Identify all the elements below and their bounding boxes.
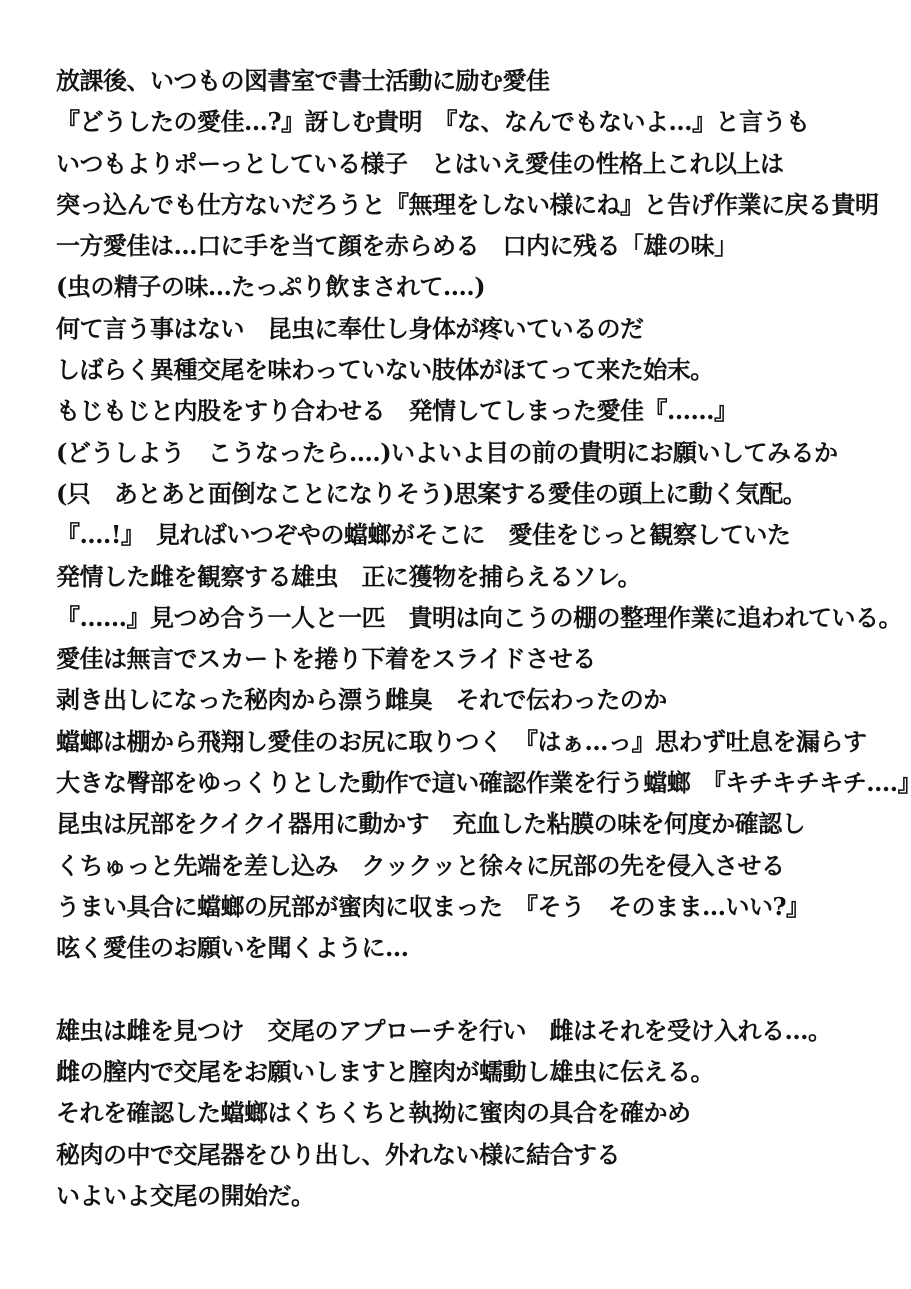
text-line: いつもよりポーっとしている様子 とはいえ愛佳の性格上これ以上は: [56, 143, 907, 184]
text-line: もじもじと内股をすり合わせる 発情してしまった愛佳『……』: [56, 390, 907, 431]
text-line: いよいよ交尾の開始だ。: [56, 1175, 907, 1216]
text-line: 昆虫は尻部をクイクイ器用に動かす 充血した粘膜の味を何度か確認し: [56, 803, 907, 844]
text-line: 呟く愛佳のお願いを聞くように…: [56, 927, 907, 968]
text-line: 何て言う事はない 昆虫に奉仕し身体が疼いているのだ: [56, 308, 907, 349]
text-line: 大きな臀部をゆっくりとした動作で這い確認作業を行う蟷螂 『キチキチキチ‥‥』: [56, 762, 907, 803]
text-line: 雄虫は雌を見つけ 交尾のアプローチを行い 雌はそれを受け入れる…。: [56, 1010, 907, 1051]
text-line: 発情した雌を観察する雄虫 正に獲物を捕らえるソレ。: [56, 556, 907, 597]
document-page: 放課後、いつもの図書室で書士活動に励む愛佳『どうしたの愛佳…?』訝しむ貴明 『な…: [0, 0, 911, 1289]
text-line: うまい具合に蟷螂の尻部が蜜肉に収まった 『そう そのまま…いい?』: [56, 886, 907, 927]
text-line: 雌の膣内で交尾をお願いしますと膣肉が蠕動し雄虫に伝える。: [56, 1051, 907, 1092]
paragraph: 雄虫は雌を見つけ 交尾のアプローチを行い 雌はそれを受け入れる…。雌の膣内で交尾…: [56, 1010, 907, 1216]
text-line: 蟷螂は棚から飛翔し愛佳のお尻に取りつく 『はぁ…っ』思わず吐息を漏らす: [56, 721, 907, 762]
text-line: 放課後、いつもの図書室で書士活動に励む愛佳: [56, 60, 907, 101]
text-line: 一方愛佳は…口に手を当て顔を赤らめる 口内に残る「雄の味」: [56, 225, 907, 266]
text-line: (只 あとあと面倒なことになりそう)思案する愛佳の頭上に動く気配。: [56, 473, 907, 514]
text-line: 『……』見つめ合う一人と一匹 貴明は向こうの棚の整理作業に追われている。: [56, 597, 907, 638]
paragraph: 放課後、いつもの図書室で書士活動に励む愛佳『どうしたの愛佳…?』訝しむ貴明 『な…: [56, 60, 907, 969]
text-line: 剥き出しになった秘肉から漂う雌臭 それで伝わったのか: [56, 679, 907, 720]
text-line: しばらく異種交尾を味わっていない肢体がほてって来た始末。: [56, 349, 907, 390]
text-line: 『どうしたの愛佳…?』訝しむ貴明 『な、なんでもないよ…』と言うも: [56, 101, 907, 142]
document-body: 放課後、いつもの図書室で書士活動に励む愛佳『どうしたの愛佳…?』訝しむ貴明 『な…: [56, 60, 907, 1216]
text-line: (どうしよう こうなったら‥‥)いよいよ目の前の貴明にお願いしてみるか: [56, 432, 907, 473]
text-line: くちゅっと先端を差し込み クックッと徐々に尻部の先を侵入させる: [56, 845, 907, 886]
text-line: それを確認した蟷螂はくちくちと執拗に蜜肉の具合を確かめ: [56, 1092, 907, 1133]
text-line: 秘肉の中で交尾器をひり出し、外れない様に結合する: [56, 1134, 907, 1175]
text-line: 突っ込んでも仕方ないだろうと『無理をしない様にね』と告げ作業に戻る貴明: [56, 184, 907, 225]
text-line: 『‥‥!』 見ればいつぞやの蟷螂がそこに 愛佳をじっと観察していた: [56, 514, 907, 555]
text-line: 愛佳は無言でスカートを捲り下着をスライドさせる: [56, 638, 907, 679]
text-line: (虫の精子の味…たっぷり飲まされて‥‥): [56, 266, 907, 307]
